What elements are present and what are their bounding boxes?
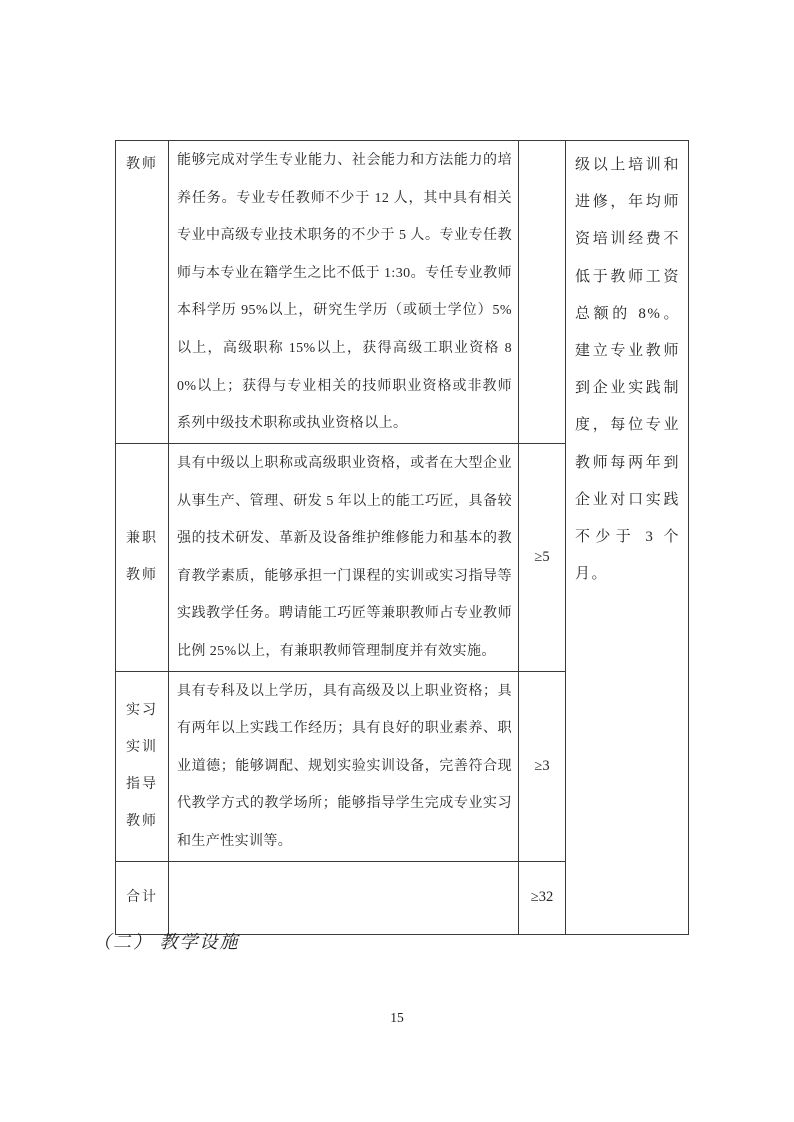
row-description-training-instructor: 具有专科及以上学历，具有高级及以上职业资格；具有两年以上实践工作经历；具有良好的… bbox=[169, 671, 519, 861]
row-quantity-training-instructor: ≥3 bbox=[519, 671, 566, 861]
section-heading: （二） 教学设施 bbox=[93, 928, 240, 954]
row-label-parttime-teacher: 兼职教师 bbox=[116, 444, 169, 672]
row-label-teacher: 教师 bbox=[116, 141, 169, 444]
row-quantity-parttime-teacher: ≥5 bbox=[519, 444, 566, 672]
row-quantity-teacher bbox=[519, 141, 566, 444]
page-number: 15 bbox=[0, 1010, 794, 1026]
row-description-teacher: 能够完成对学生专业能力、社会能力和方法能力的培养任务。专业专任教师不少于 12 … bbox=[169, 141, 519, 444]
row-description-total bbox=[169, 861, 519, 934]
table-row-teacher: 教师 能够完成对学生专业能力、社会能力和方法能力的培养任务。专业专任教师不少于 … bbox=[116, 141, 689, 444]
row-label-training-instructor: 实习实训指导教师 bbox=[116, 671, 169, 861]
row-quantity-total: ≥32 bbox=[519, 861, 566, 934]
row-description-parttime-teacher: 具有中级以上职称或高级职业资格，或者在大型企业从事生产、管理、研发 5 年以上的… bbox=[169, 444, 519, 672]
side-note-cell: 级以上培训和进修，年均师资培训经费不低于教师工资总额的 8%。建立专业教师到企业… bbox=[566, 141, 689, 935]
teacher-requirements-table: 教师 能够完成对学生专业能力、社会能力和方法能力的培养任务。专业专任教师不少于 … bbox=[115, 140, 689, 935]
row-label-total: 合计 bbox=[116, 861, 169, 934]
document-page: 教师 能够完成对学生专业能力、社会能力和方法能力的培养任务。专业专任教师不少于 … bbox=[0, 0, 794, 1122]
